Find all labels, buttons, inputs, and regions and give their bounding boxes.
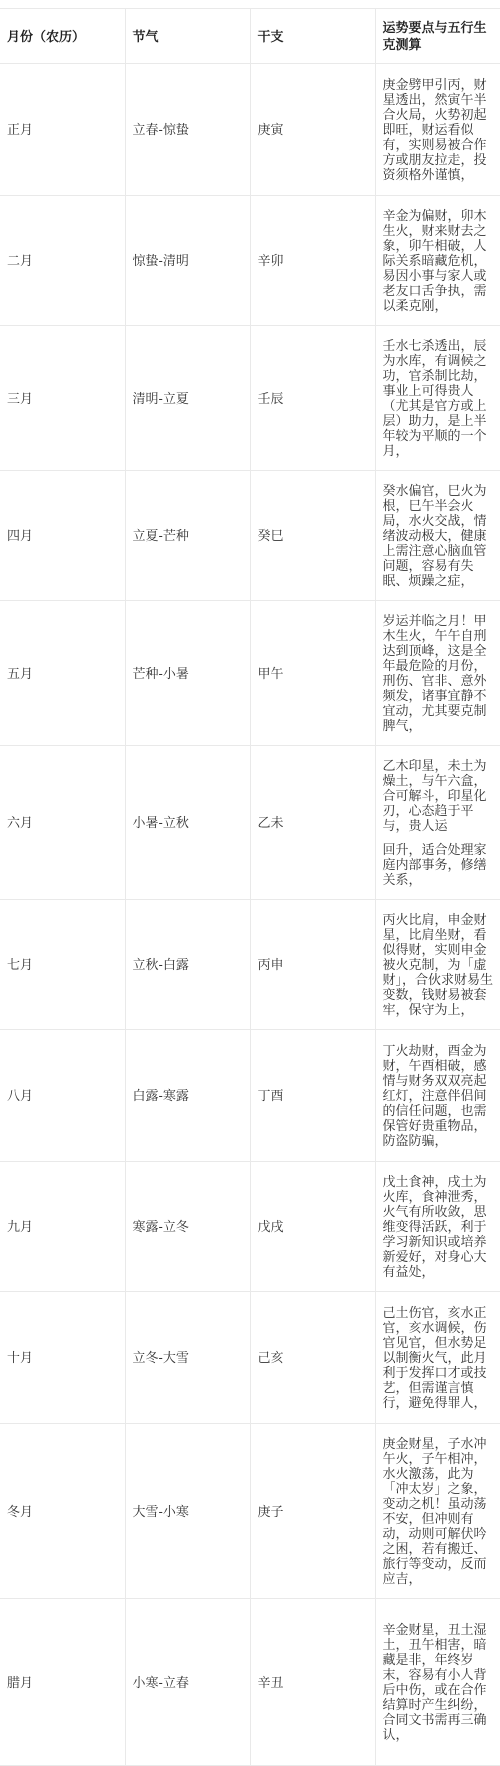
monthly-fortune-table: 月份（农历） 节气 干支 运势要点与五行生克测算 正月 立春-惊蛰 庚寅 庚金劈… [0, 8, 500, 1766]
month-cell: 腊月 [0, 1599, 125, 1766]
month-cell: 三月 [0, 326, 125, 471]
month-cell: 二月 [0, 196, 125, 326]
table-row: 四月 立夏-芒种 癸巳 癸水偏官，巳火为根，巳午半会火局，水火交战，情绪波动极大… [0, 471, 500, 601]
ganzhi-cell: 辛卯 [250, 196, 375, 326]
term-cell: 小暑-立秋 [125, 746, 250, 900]
month-cell: 八月 [0, 1030, 125, 1162]
ganzhi-cell: 庚寅 [250, 64, 375, 196]
fortune-cell: 丙火比肩，申金财星，比肩坐财，看似得财，实则申金被火克制，为「虚财」，合伙求财易… [375, 900, 500, 1030]
table-row: 三月 清明-立夏 壬辰 壬水七杀透出，辰为水库，有调候之功，官杀制比劫，事业上可… [0, 326, 500, 471]
term-cell: 小寒-立春 [125, 1599, 250, 1766]
fortune-cell: 戊土食神，戌土为火库，食神泄秀，火气有所收敛，思维变得活跃，利于学习新知识或培养… [375, 1162, 500, 1292]
fortune-text: 岁运并临之月！甲木生火，午午自刑达到顶峰，这是全年最危险的月份，刑伤、官非、意外… [383, 613, 497, 733]
ganzhi-cell: 壬辰 [250, 326, 375, 471]
ganzhi-cell: 乙未 [250, 746, 375, 900]
fortune-text: 壬水七杀透出，辰为水库，有调候之功，官杀制比劫，事业上可得贵人（尤其是官方或上层… [383, 338, 497, 458]
ganzhi-cell: 庚子 [250, 1424, 375, 1599]
term-cell: 立春-惊蛰 [125, 64, 250, 196]
table-row: 冬月 大雪-小寒 庚子 庚金财星，子水冲午火，子午相冲，水火激荡，此为「冲太岁」… [0, 1424, 500, 1599]
fortune-table-page: 月份（农历） 节气 干支 运势要点与五行生克测算 正月 立春-惊蛰 庚寅 庚金劈… [0, 0, 500, 1766]
col-header-fortune: 运势要点与五行生克测算 [375, 9, 500, 64]
month-cell: 四月 [0, 471, 125, 601]
fortune-cell: 丁火劫财，酉金为财，午酉相破，感情与财务双双亮起红灯，注意伴侣间的信任问题，也需… [375, 1030, 500, 1162]
fortune-text: 戊土食神，戌土为火库，食神泄秀，火气有所收敛，思维变得活跃，利于学习新知识或培养… [383, 1174, 497, 1279]
fortune-text: 己土伤官，亥水正官，亥水调候，伤官见官，但水势足以制衡火气，此月利于发挥口才或技… [383, 1305, 497, 1410]
term-cell: 立冬-大雪 [125, 1292, 250, 1424]
month-cell: 十月 [0, 1292, 125, 1424]
fortune-text-continued: 回升，适合处理家庭内部事务，修缮关系， [383, 842, 497, 887]
month-cell: 五月 [0, 601, 125, 746]
fortune-text: 庚金财星，子水冲午火，子午相冲，水火激荡，此为「冲太岁」之象，变动之机！虽动荡不… [383, 1436, 497, 1586]
fortune-cell: 癸水偏官，巳火为根，巳午半会火局，水火交战，情绪波动极大，健康上需注意心脑血管问… [375, 471, 500, 601]
term-cell: 白露-寒露 [125, 1030, 250, 1162]
fortune-text: 辛金为偏财，卯木生火，财来财去之象，卯午相破，人际关系暗藏危机，易因小事与家人或… [383, 208, 497, 313]
ganzhi-cell: 甲午 [250, 601, 375, 746]
fortune-cell: 己土伤官，亥水正官，亥水调候，伤官见官，但水势足以制衡火气，此月利于发挥口才或技… [375, 1292, 500, 1424]
table-row: 正月 立春-惊蛰 庚寅 庚金劈甲引丙，财星透出，然寅午半合火局，火势初起即旺，财… [0, 64, 500, 196]
col-header-month: 月份（农历） [0, 9, 125, 64]
fortune-text: 癸水偏官，巳火为根，巳午半会火局，水火交战，情绪波动极大，健康上需注意心脑血管问… [383, 483, 497, 588]
table-row: 二月 惊蛰-清明 辛卯 辛金为偏财，卯木生火，财来财去之象，卯午相破，人际关系暗… [0, 196, 500, 326]
term-cell: 大雪-小寒 [125, 1424, 250, 1599]
table-row: 五月 芒种-小暑 甲午 岁运并临之月！甲木生火，午午自刑达到顶峰，这是全年最危险… [0, 601, 500, 746]
fortune-cell: 庚金劈甲引丙，财星透出，然寅午半合火局，火势初起即旺，财运看似有，实则易被合作方… [375, 64, 500, 196]
fortune-text: 丙火比肩，申金财星，比肩坐财，看似得财，实则申金被火克制，为「虚财」，合伙求财易… [383, 912, 497, 1017]
term-cell: 立秋-白露 [125, 900, 250, 1030]
month-cell: 正月 [0, 64, 125, 196]
ganzhi-cell: 戊戌 [250, 1162, 375, 1292]
term-cell: 立夏-芒种 [125, 471, 250, 601]
header-row: 月份（农历） 节气 干支 运势要点与五行生克测算 [0, 9, 500, 64]
term-cell: 清明-立夏 [125, 326, 250, 471]
table-row: 八月 白露-寒露 丁酉 丁火劫财，酉金为财，午酉相破，感情与财务双双亮起红灯，注… [0, 1030, 500, 1162]
table-row: 六月 小暑-立秋 乙未 乙木印星，未土为燥土，与午六盒，合可解斗，印星化刃，心态… [0, 746, 500, 900]
month-cell: 冬月 [0, 1424, 125, 1599]
table-row: 九月 寒露-立冬 戊戌 戊土食神，戌土为火库，食神泄秀，火气有所收敛，思维变得活… [0, 1162, 500, 1292]
ganzhi-cell: 丁酉 [250, 1030, 375, 1162]
fortune-cell: 庚金财星，子水冲午火，子午相冲，水火激荡，此为「冲太岁」之象，变动之机！虽动荡不… [375, 1424, 500, 1599]
col-header-term: 节气 [125, 9, 250, 64]
fortune-text: 丁火劫财，酉金为财，午酉相破，感情与财务双双亮起红灯，注意伴侣间的信任问题，也需… [383, 1043, 497, 1148]
ganzhi-cell: 己亥 [250, 1292, 375, 1424]
table-row: 七月 立秋-白露 丙申 丙火比肩，申金财星，比肩坐财，看似得财，实则申金被火克制… [0, 900, 500, 1030]
fortune-text: 乙木印星，未土为燥土，与午六盒，合可解斗，印星化刃，心态趋于平与，贵人运 [383, 758, 497, 833]
term-cell: 惊蛰-清明 [125, 196, 250, 326]
term-cell: 芒种-小暑 [125, 601, 250, 746]
month-cell: 六月 [0, 746, 125, 900]
col-header-ganzhi: 干支 [250, 9, 375, 64]
table-row: 十月 立冬-大雪 己亥 己土伤官，亥水正官，亥水调候，伤官见官，但水势足以制衡火… [0, 1292, 500, 1424]
ganzhi-cell: 辛丑 [250, 1599, 375, 1766]
fortune-cell: 壬水七杀透出，辰为水库，有调候之功，官杀制比劫，事业上可得贵人（尤其是官方或上层… [375, 326, 500, 471]
fortune-text: 庚金劈甲引丙，财星透出，然寅午半合火局，火势初起即旺，财运看似有，实则易被合作方… [383, 77, 497, 182]
table-row: 腊月 小寒-立春 辛丑 辛金财星，丑土湿土，丑午相害，暗藏是非，年终岁末，容易有… [0, 1599, 500, 1766]
fortune-cell: 辛金财星，丑土湿土，丑午相害，暗藏是非，年终岁末，容易有小人背后中伤，或在合作结… [375, 1599, 500, 1766]
ganzhi-cell: 丙申 [250, 900, 375, 1030]
ganzhi-cell: 癸巳 [250, 471, 375, 601]
term-cell: 寒露-立冬 [125, 1162, 250, 1292]
fortune-text: 辛金财星，丑土湿土，丑午相害，暗藏是非，年终岁末，容易有小人背后中伤，或在合作结… [383, 1622, 497, 1742]
fortune-cell: 辛金为偏财，卯木生火，财来财去之象，卯午相破，人际关系暗藏危机，易因小事与家人或… [375, 196, 500, 326]
fortune-cell: 乙木印星，未土为燥土，与午六盒，合可解斗，印星化刃，心态趋于平与，贵人运 回升，… [375, 746, 500, 900]
month-cell: 九月 [0, 1162, 125, 1292]
month-cell: 七月 [0, 900, 125, 1030]
fortune-cell: 岁运并临之月！甲木生火，午午自刑达到顶峰，这是全年最危险的月份，刑伤、官非、意外… [375, 601, 500, 746]
